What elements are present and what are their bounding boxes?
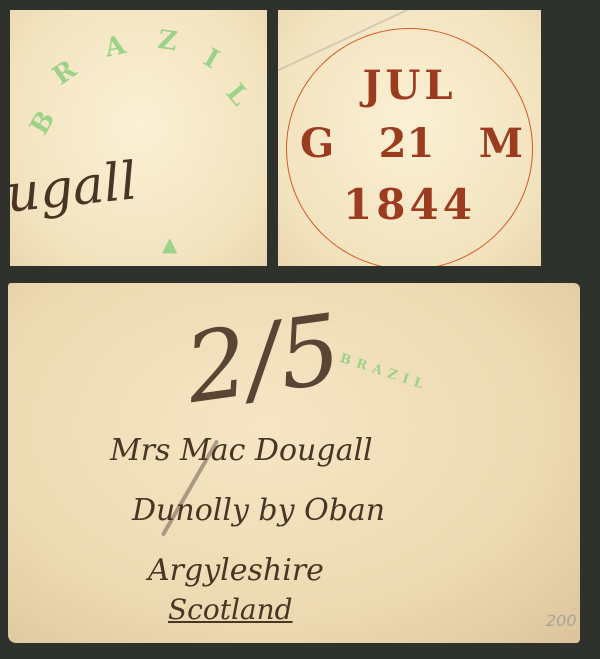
address-line-3: Argyleshire — [148, 553, 324, 588]
address-line-1: Mrs Mac Dougall — [110, 433, 373, 468]
brazil-letter-i: I — [198, 43, 224, 75]
postal-cover: 2/5 BRAZIL Mrs Mac Dougall Dunolly by Ob… — [8, 283, 580, 643]
datestamp-year: 1844 — [278, 180, 541, 229]
brazil-letter-l: L — [220, 78, 255, 111]
rate-marking: 2/5 — [179, 293, 348, 425]
datestamp-code-right: M — [479, 120, 523, 167]
brazil-stamp-lower-mark: ▲ — [162, 232, 177, 256]
brazil-arc-handstamp: BRAZIL — [338, 363, 431, 381]
brazil-letter-a: A — [102, 30, 128, 64]
datestamp-month: JUL — [278, 62, 541, 109]
address-line-2: Dunolly by Oban — [132, 493, 385, 528]
datestamp-day: 21 — [379, 120, 435, 167]
address-line-4: Scotland — [168, 593, 293, 626]
brazil-letter-r: R — [47, 55, 82, 92]
datestamp-detail: JUL G 21 M 1844 — [278, 10, 541, 266]
datestamp-middle-row: G 21 M — [300, 120, 523, 167]
handwritten-surname-fragment: ugall — [10, 151, 140, 224]
pencil-price-note: 200 — [546, 611, 577, 630]
datestamp-code-left: G — [300, 120, 334, 167]
brazil-handstamp-detail: B R A Z I L ▲ ugall — [10, 10, 267, 266]
brazil-letter-b: B — [25, 106, 62, 140]
brazil-letter-z: Z — [156, 25, 179, 57]
